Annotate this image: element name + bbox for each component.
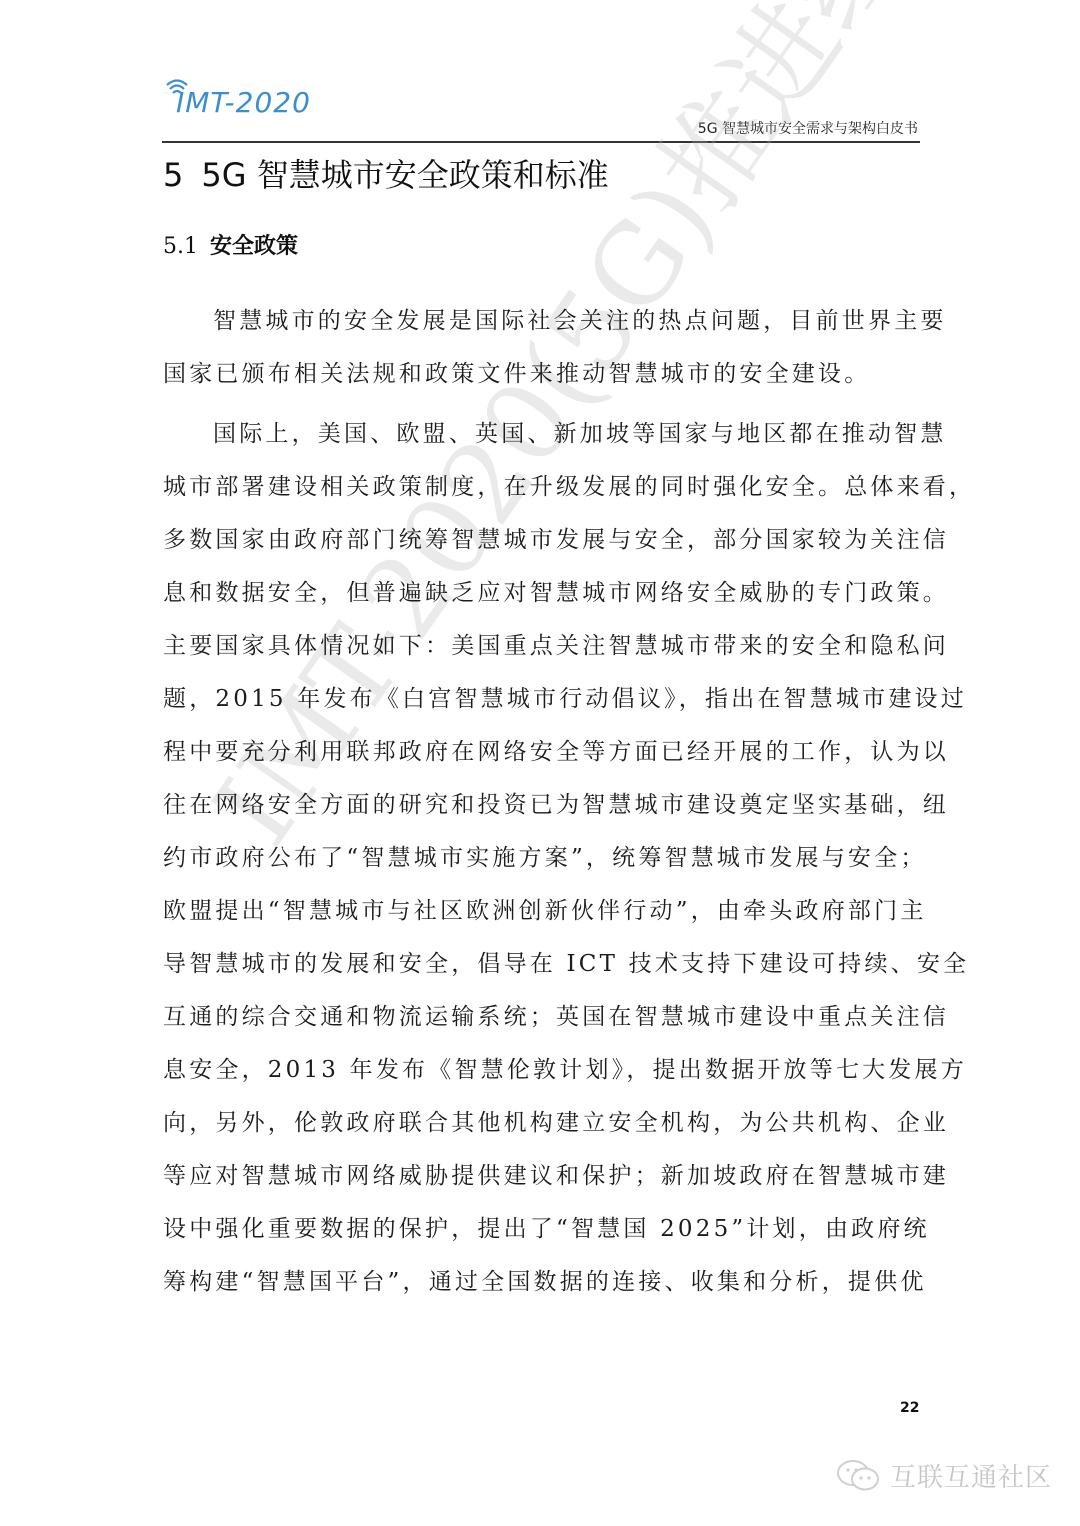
section-heading: 5.1安全政策 — [163, 229, 298, 260]
paragraph-line: 主要国家具体情况如下：美国重点关注智慧城市带来的安全和隐私问 — [163, 620, 918, 673]
chapter-number: 5 — [163, 156, 183, 194]
paragraph-line: 向，另外，伦敦政府联合其他机构建立安全机构，为公共机构、企业 — [163, 1097, 918, 1150]
paragraph-line: 欧盟提出“智慧城市与社区欧洲创新伙伴行动”，由牵头政府部门主 — [163, 885, 918, 938]
section-title: 安全政策 — [210, 233, 298, 259]
paragraph-line: 往在网络安全方面的研究和投资已为智慧城市建设奠定坚实基础，纽 — [163, 779, 918, 832]
section-number: 5.1 — [163, 234, 198, 259]
running-head: 5G 智慧城市安全需求与架构白皮书 — [698, 118, 918, 138]
paragraph-line: 息和数据安全，但普遍缺乏应对智慧城市网络安全威胁的专门政策。 — [163, 567, 918, 620]
paragraph-line: 导智慧城市的发展和安全，倡导在 ICT 技术支持下建设可持续、安全 — [163, 938, 918, 991]
paragraph-line: 等应对智慧城市网络威胁提供建议和保护；新加坡政府在智慧城市建 — [163, 1150, 918, 1203]
paragraph-line: 筹构建“智慧国平台”，通过全国数据的连接、收集和分析，提供优 — [163, 1256, 918, 1309]
document-page: IMT-2020 5G 智慧城市安全需求与架构白皮书 55G 智慧城市安全政策和… — [0, 0, 1080, 1526]
paragraph-2: 国际上，美国、欧盟、英国、新加坡等国家与地区都在推动智慧 城市部署建设相关政策制… — [163, 408, 918, 1309]
paragraph-1: 智慧城市的安全发展是国际社会关注的热点问题，目前世界主要 国家已颁布相关法规和政… — [163, 295, 918, 401]
paragraph-line: 设中强化重要数据的保护，提出了“智慧国 2025”计划，由政府统 — [163, 1203, 918, 1256]
paragraph-line: 程中要充分利用联邦政府在网络安全等方面已经开展的工作，认为以 — [163, 726, 918, 779]
source-label: 互联互通社区 — [890, 1457, 1052, 1494]
paragraph-line: 约市政府公布了“智慧城市实施方案”，统筹智慧城市发展与安全； — [163, 832, 918, 885]
chapter-heading: 55G 智慧城市安全政策和标准 — [163, 150, 609, 196]
source-watermark: 互联互通社区 — [836, 1457, 1052, 1494]
page-number: 22 — [900, 1400, 919, 1416]
header-divider — [162, 141, 920, 143]
paragraph-line: 国际上，美国、欧盟、英国、新加坡等国家与地区都在推动智慧 — [163, 408, 918, 461]
paragraph-line: 城市部署建设相关政策制度，在升级发展的同时强化安全。总体来看， — [163, 461, 918, 514]
paragraph-line: 智慧城市的安全发展是国际社会关注的热点问题，目前世界主要 — [163, 295, 918, 348]
paragraph-line: 题，2015 年发布《白宫智慧城市行动倡议》，指出在智慧城市建设过 — [163, 673, 918, 726]
imt-2020-logo: IMT-2020 — [162, 80, 312, 126]
paragraph-line: 互通的综合交通和物流运输系统；英国在智慧城市建设中重点关注信 — [163, 991, 918, 1044]
paragraph-line: 多数国家由政府部门统筹智慧城市发展与安全，部分国家较为关注信 — [163, 514, 918, 567]
paragraph-line: 国家已颁布相关法规和政策文件来推动智慧城市的安全建设。 — [163, 348, 918, 401]
chapter-title: 5G 智慧城市安全政策和标准 — [201, 156, 608, 194]
logo-text: IMT-2020 — [176, 86, 311, 119]
wechat-icon — [836, 1459, 882, 1493]
paragraph-line: 息安全，2013 年发布《智慧伦敦计划》，提出数据开放等七大发展方 — [163, 1044, 918, 1097]
